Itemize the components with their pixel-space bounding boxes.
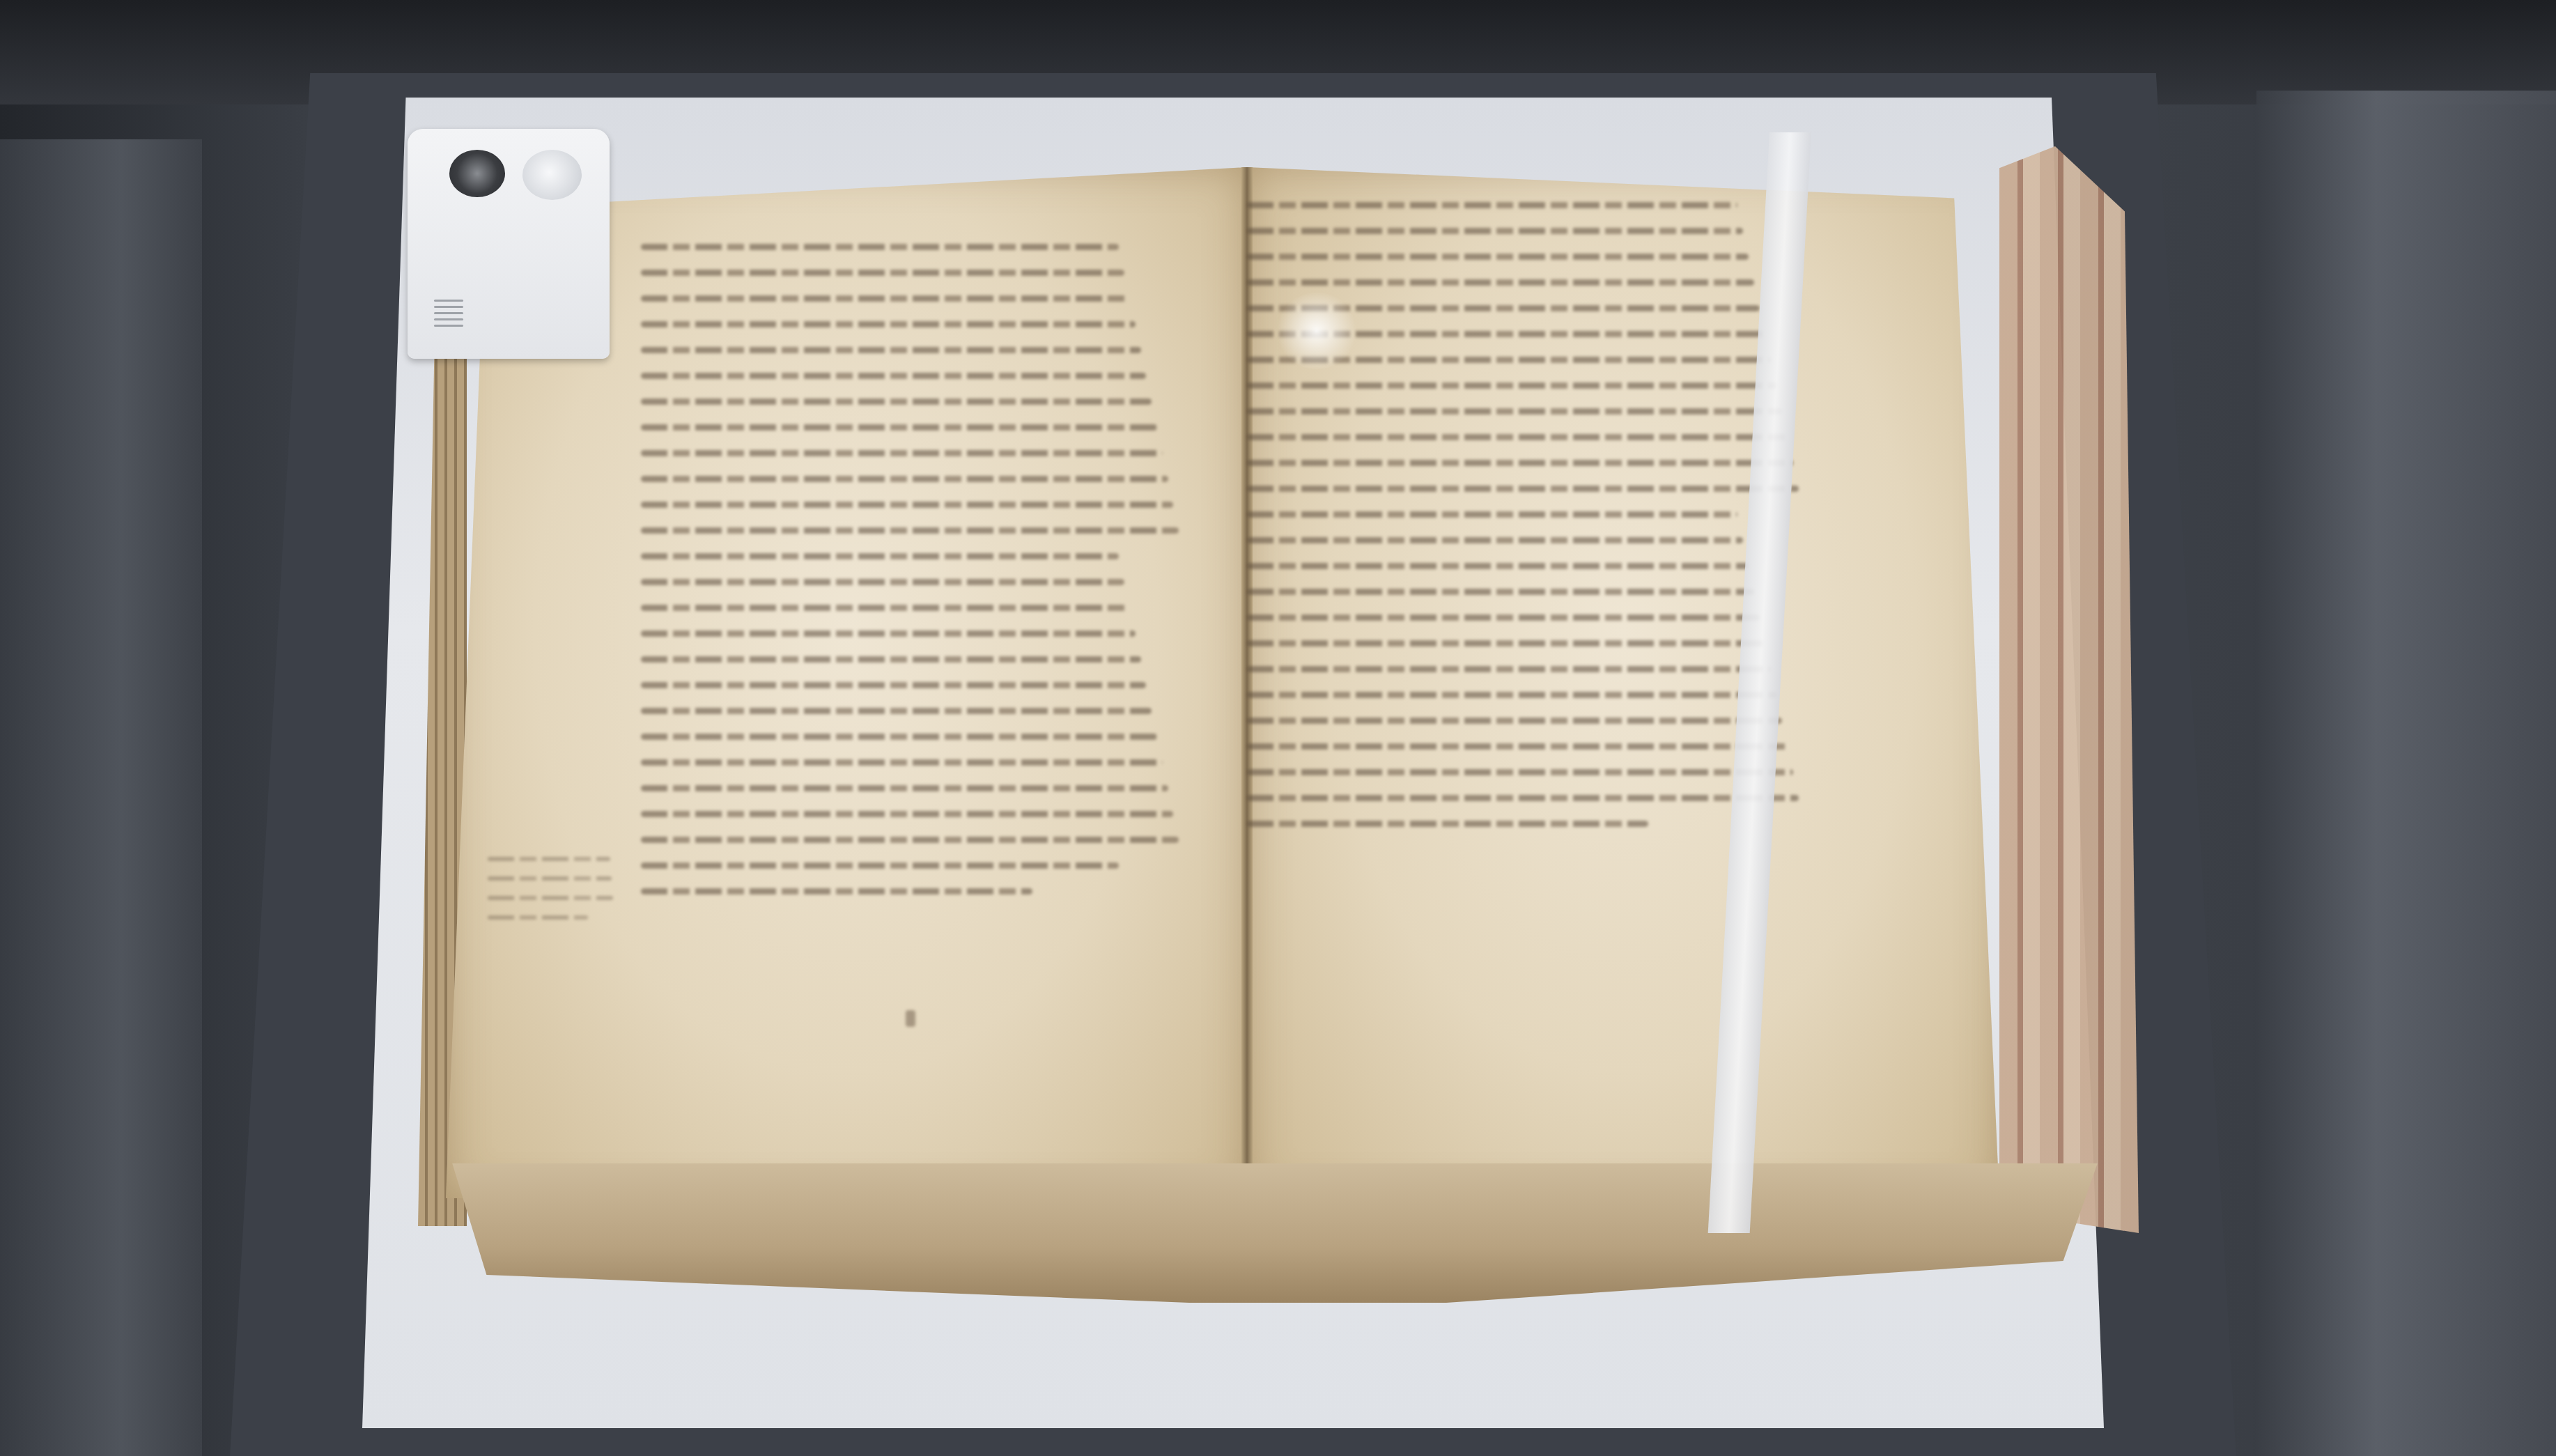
display-case xyxy=(0,0,2556,1456)
script-line xyxy=(641,476,1168,482)
script-line xyxy=(1247,769,1793,775)
script-line xyxy=(641,682,1146,688)
case-glass-left xyxy=(0,139,202,1456)
script-line xyxy=(641,553,1119,559)
script-line xyxy=(641,398,1152,405)
marginalia xyxy=(488,857,627,935)
script-line xyxy=(641,579,1124,585)
script-line xyxy=(1247,537,1743,543)
vent-slot xyxy=(434,312,463,314)
script-line xyxy=(641,450,1163,456)
script-line xyxy=(1247,563,1749,569)
script-line xyxy=(641,888,1032,894)
script-line xyxy=(488,876,612,881)
script-line xyxy=(641,811,1173,817)
script-line xyxy=(641,656,1141,663)
script-line xyxy=(641,785,1168,791)
vent-slot xyxy=(434,318,463,320)
script-line xyxy=(641,244,1119,250)
case-glass-right xyxy=(2256,91,2556,1456)
script-line xyxy=(641,734,1157,740)
script-line xyxy=(641,759,1163,766)
script-line xyxy=(641,321,1136,327)
script-line xyxy=(1247,254,1749,260)
script-line xyxy=(1247,460,1793,466)
script-line xyxy=(1247,486,1799,492)
script-line xyxy=(488,857,610,861)
script-line xyxy=(1247,743,1788,750)
script-line xyxy=(1247,589,1754,595)
script-line xyxy=(1247,666,1771,672)
vent-slot xyxy=(434,300,463,302)
vent-slot xyxy=(434,325,463,327)
script-line xyxy=(641,502,1173,508)
folio-mark xyxy=(906,1010,915,1027)
script-line xyxy=(641,527,1179,534)
sensor-vent-grille xyxy=(434,300,463,331)
script-line xyxy=(1247,202,1737,208)
script-line xyxy=(488,915,588,920)
sensor-light-sensor-icon xyxy=(522,150,582,200)
script-line xyxy=(488,896,613,900)
script-line xyxy=(641,862,1119,869)
fore-edge xyxy=(1999,146,2139,1233)
vent-slot xyxy=(434,306,463,308)
script-line xyxy=(1247,511,1737,518)
script-line xyxy=(641,837,1179,843)
script-line xyxy=(641,424,1157,431)
bottom-page-edges xyxy=(418,1163,2132,1303)
script-line xyxy=(641,347,1141,353)
script-line xyxy=(1247,692,1776,698)
script-line xyxy=(641,605,1130,611)
script-line xyxy=(1247,434,1788,440)
script-line xyxy=(1247,279,1754,286)
environment-sensor xyxy=(408,129,610,359)
script-line xyxy=(1247,228,1743,234)
left-page-text xyxy=(641,244,1184,914)
script-line xyxy=(641,270,1124,276)
script-line xyxy=(641,630,1136,637)
script-line xyxy=(1247,718,1782,724)
script-line xyxy=(1247,408,1782,415)
light-glare xyxy=(1275,293,1358,369)
script-line xyxy=(1247,821,1648,827)
script-line xyxy=(1247,795,1799,801)
script-line xyxy=(1247,382,1776,389)
script-line xyxy=(641,708,1152,714)
script-line xyxy=(1247,640,1765,646)
script-line xyxy=(641,295,1130,302)
sensor-lens-icon xyxy=(449,150,505,197)
script-line xyxy=(641,373,1146,379)
script-line xyxy=(1247,614,1760,621)
